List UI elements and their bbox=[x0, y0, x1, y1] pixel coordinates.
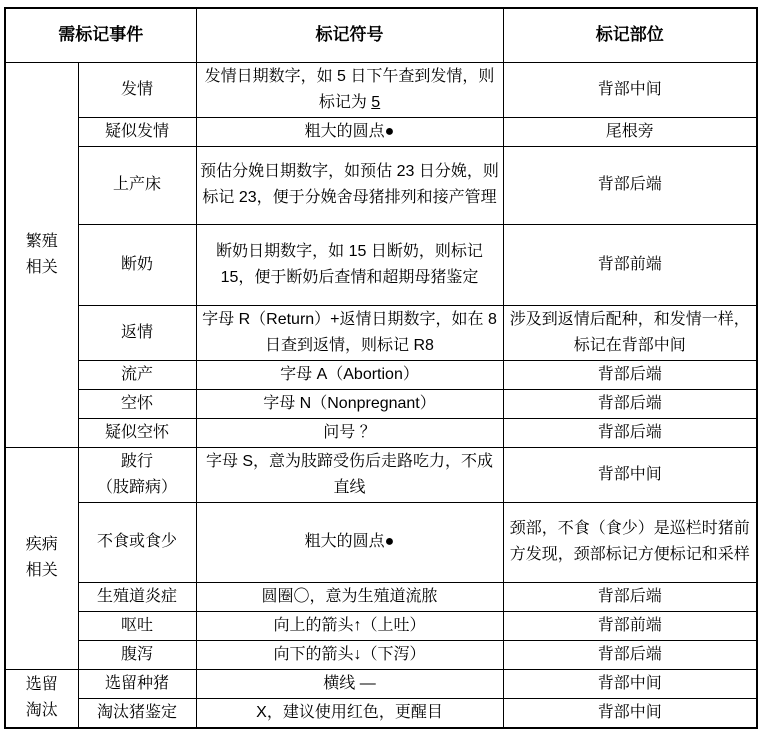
table-row-nonpregnant: 空怀 字母 N（Nonpregnant） 背部后端 bbox=[5, 389, 757, 418]
location-cell: 尾根旁 bbox=[503, 117, 757, 146]
header-location: 标记部位 bbox=[503, 8, 757, 62]
event-cell: 流产 bbox=[78, 360, 196, 389]
symbol-cell: 横线 — bbox=[196, 669, 503, 698]
event-cell: 不食或食少 bbox=[78, 502, 196, 582]
header-event: 需标记事件 bbox=[5, 8, 196, 62]
table-row-reproductive-tract-inflammation: 生殖道炎症 圆圈〇，意为生殖道流脓 背部后端 bbox=[5, 582, 757, 611]
table-row-not-eating: 不食或食少 粗大的圆点● 颈部，不食（食少）是巡栏时猪前方发现，颈部标记方便标记… bbox=[5, 502, 757, 582]
location-cell: 背部后端 bbox=[503, 360, 757, 389]
table-row-estrus: 繁殖 相关 发情 发情日期数字，如 5 日下午查到发情，则标记为 5 背部中间 bbox=[5, 62, 757, 117]
location-cell: 背部中间 bbox=[503, 447, 757, 502]
table-row-suspected-nonpregnant: 疑似空怀 问号 ？ 背部后端 bbox=[5, 418, 757, 447]
table-row-suspected-estrus: 疑似发情 粗大的圆点● 尾根旁 bbox=[5, 117, 757, 146]
table-row-vomiting: 呕吐 向上的箭头↑（上吐） 背部前端 bbox=[5, 611, 757, 640]
location-cell: 背部后端 bbox=[503, 389, 757, 418]
location-cell: 背部中间 bbox=[503, 62, 757, 117]
location-cell: 背部前端 bbox=[503, 611, 757, 640]
symbol-underlined-digit: 5 bbox=[371, 94, 380, 111]
event-cell: 呕吐 bbox=[78, 611, 196, 640]
location-cell: 颈部，不食（食少）是巡栏时猪前方发现，颈部标记方便标记和采样 bbox=[503, 502, 757, 582]
event-cell: 跛行 （肢蹄病） bbox=[78, 447, 196, 502]
event-cell: 腹泻 bbox=[78, 640, 196, 669]
location-cell: 背部后端 bbox=[503, 146, 757, 224]
table-row-farrowing-crate: 上产床 预估分娩日期数字，如预估 23 日分娩，则标记 23，便于分娩舍母猪排列… bbox=[5, 146, 757, 224]
symbol-cell: 问号 ？ bbox=[196, 418, 503, 447]
event-cell: 疑似发情 bbox=[78, 117, 196, 146]
event-cell: 发情 bbox=[78, 62, 196, 117]
group-label-reproduction: 繁殖 相关 bbox=[5, 62, 78, 447]
group-label-select-cull: 选留 淘汰 bbox=[5, 669, 78, 728]
symbol-cell: 字母 A（Abortion） bbox=[196, 360, 503, 389]
table-row-cull-pig-identification: 淘汰猪鉴定 X，建议使用红色，更醒目 背部中间 bbox=[5, 698, 757, 728]
event-cell: 生殖道炎症 bbox=[78, 582, 196, 611]
location-cell: 背部后端 bbox=[503, 418, 757, 447]
symbol-cell: 向上的箭头↑（上吐） bbox=[196, 611, 503, 640]
symbol-text: 发情日期数字，如 5 日下午查到发情，则标记为 bbox=[205, 68, 495, 111]
event-cell: 淘汰猪鉴定 bbox=[78, 698, 196, 728]
symbol-cell: 字母 N（Nonpregnant） bbox=[196, 389, 503, 418]
location-cell: 涉及到返情后配种，和发情一样，标记在背部中间 bbox=[503, 305, 757, 360]
group-label-disease: 疾病 相关 bbox=[5, 447, 78, 669]
table-row-return-estrus: 返情 字母 R（Return）+返情日期数字，如在 8 日查到返情，则标记 R8… bbox=[5, 305, 757, 360]
page: 需标记事件 标记符号 标记部位 繁殖 相关 发情 发情日期数字，如 5 日下午查… bbox=[0, 0, 762, 702]
symbol-cell: 预估分娩日期数字，如预估 23 日分娩，则标记 23，便于分娩舍母猪排列和接产管… bbox=[196, 146, 503, 224]
event-cell: 选留种猪 bbox=[78, 669, 196, 698]
symbol-cell: 粗大的圆点● bbox=[196, 117, 503, 146]
location-cell: 背部前端 bbox=[503, 224, 757, 305]
location-cell: 背部后端 bbox=[503, 640, 757, 669]
event-cell: 上产床 bbox=[78, 146, 196, 224]
symbol-cell: 向下的箭头↓（下泻） bbox=[196, 640, 503, 669]
symbol-cell: X，建议使用红色，更醒目 bbox=[196, 698, 503, 728]
event-cell: 空怀 bbox=[78, 389, 196, 418]
location-cell: 背部中间 bbox=[503, 698, 757, 728]
symbol-cell: 字母 S，意为肢蹄受伤后走路吃力，不成直线 bbox=[196, 447, 503, 502]
symbol-cell: 字母 R（Return）+返情日期数字，如在 8 日查到返情，则标记 R8 bbox=[196, 305, 503, 360]
event-cell: 疑似空怀 bbox=[78, 418, 196, 447]
header-symbol: 标记符号 bbox=[196, 8, 503, 62]
symbol-cell: 圆圈〇，意为生殖道流脓 bbox=[196, 582, 503, 611]
symbol-cell: 发情日期数字，如 5 日下午查到发情，则标记为 5 bbox=[196, 62, 503, 117]
event-cell: 返情 bbox=[78, 305, 196, 360]
table-row-lameness: 疾病 相关 跛行 （肢蹄病） 字母 S，意为肢蹄受伤后走路吃力，不成直线 背部中… bbox=[5, 447, 757, 502]
location-cell: 背部中间 bbox=[503, 669, 757, 698]
symbol-cell: 粗大的圆点● bbox=[196, 502, 503, 582]
event-cell: 断奶 bbox=[78, 224, 196, 305]
pig-marking-table: 需标记事件 标记符号 标记部位 繁殖 相关 发情 发情日期数字，如 5 日下午查… bbox=[4, 7, 758, 729]
table-row-diarrhea: 腹泻 向下的箭头↓（下泻） 背部后端 bbox=[5, 640, 757, 669]
header-row: 需标记事件 标记符号 标记部位 bbox=[5, 8, 757, 62]
symbol-cell: 断奶日期数字，如 15 日断奶，则标记 15，便于断奶后查情和超期母猪鉴定 bbox=[196, 224, 503, 305]
table-row-abortion: 流产 字母 A（Abortion） 背部后端 bbox=[5, 360, 757, 389]
table-row-selected-breeding-pig: 选留 淘汰 选留种猪 横线 — 背部中间 bbox=[5, 669, 757, 698]
table-row-weaning: 断奶 断奶日期数字，如 15 日断奶，则标记 15，便于断奶后查情和超期母猪鉴定… bbox=[5, 224, 757, 305]
location-cell: 背部后端 bbox=[503, 582, 757, 611]
